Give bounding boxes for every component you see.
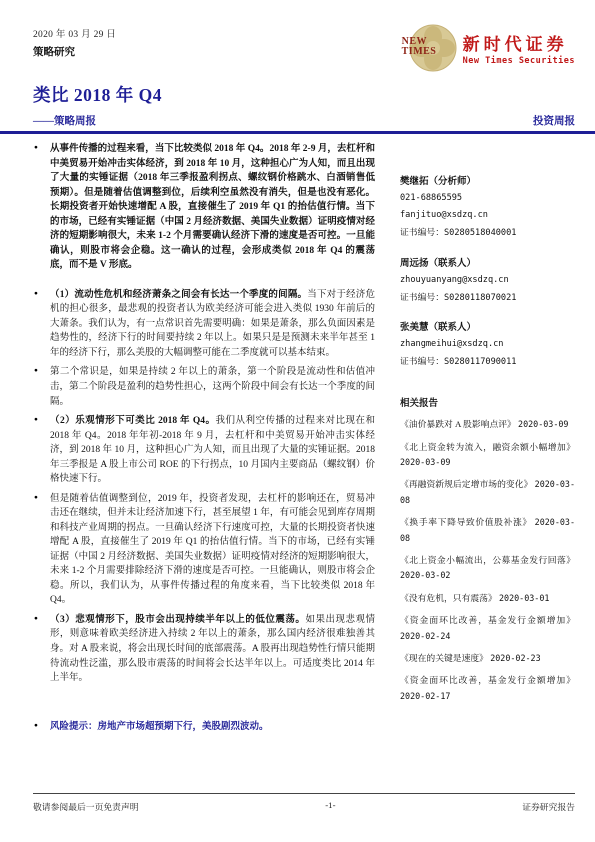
- contact-cert: 证书编号：S0280518040001: [400, 226, 575, 240]
- report-date: 2020 年 03 月 29 日: [33, 26, 116, 40]
- bullet-body-text: 但是随着估值调整到位，2019 年，投资者发现，去杠杆的影响还在，贸易冲击还在继…: [50, 494, 375, 606]
- related-report-link[interactable]: 《换手率下降导致价值股补涨》 2020-03-08: [400, 515, 575, 546]
- report-category: 策略研究: [33, 44, 116, 59]
- bullet-lead-text: （2）乐观情形下可类比 2018 年 Q4。: [50, 416, 216, 426]
- report-type-label: 投资周报: [533, 113, 575, 128]
- contact-cert: 证书编号：S0280118070021: [400, 291, 575, 305]
- report-body: 从事件传播的过程来看，当下比较类似 2018 年 Q4。2018 年 2-9 月…: [0, 134, 595, 739]
- bullet-lead-text: 从事件传播的过程来看，当下比较类似 2018 年 Q4。2018 年 2-9 月…: [50, 144, 375, 270]
- related-reports-heading: 相关报告: [400, 395, 575, 409]
- bullet-body-text: 第二个常识是，如果是持续 2 年以上的萧条，第一个阶段是流动性和估值冲击，第二个…: [50, 367, 375, 406]
- brand-text: 新时代证券 New Times Securities: [463, 30, 575, 66]
- bullet-paragraph: （1）流动性危机和经济萧条之间会有长达一个季度的间隔。当下对于经济危机的担心很多…: [33, 288, 375, 361]
- related-report-link[interactable]: 《资金面环比改善，基金发行金额增加》 2020-02-24: [400, 613, 575, 644]
- company-logo: NEWTIMES 新时代证券 New Times Securities: [409, 24, 575, 72]
- contact-cert: 证书编号：S0280117090011: [400, 355, 575, 369]
- related-report-link[interactable]: 《再融资新规后定增市场的变化》 2020-03-08: [400, 477, 575, 508]
- report-subtitle: ——策略周报: [33, 113, 96, 128]
- contact-name: 周远扬（联系人）: [400, 255, 575, 269]
- report-header: 2020 年 03 月 29 日 策略研究 NEWTIMES: [0, 0, 595, 134]
- related-report-link[interactable]: 《现在的关键是速度》 2020-02-23: [400, 651, 575, 666]
- contact-name: 张美慧（联系人）: [400, 319, 575, 333]
- brand-name-en: New Times Securities: [463, 56, 575, 66]
- page-footer: 敬请参阅最后一页免责声明 -1- 证券研究报告: [33, 793, 575, 813]
- contact-card: 樊继拓（分析师） 021-68865595 fanjituo@xsdzq.cn …: [400, 173, 575, 240]
- brand-name-cn: 新时代证券: [463, 30, 575, 55]
- contact-card: 周远扬（联系人） zhouyuanyang@xsdzq.cn 证书编号：S028…: [400, 255, 575, 305]
- summary-column: 从事件传播的过程来看，当下比较类似 2018 年 Q4。2018 年 2-9 月…: [33, 140, 375, 739]
- report-page: 2020 年 03 月 29 日 策略研究 NEWTIMES: [0, 0, 595, 842]
- contact-email[interactable]: fanjituo@xsdzq.cn: [400, 209, 575, 222]
- bullet-body-text: 当下对于经济危机的担心很多，最悲观的投资者认为欧美经济可能会进入类似 1930 …: [50, 290, 375, 358]
- related-report-link[interactable]: 《没有危机，只有震荡》 2020-03-01: [400, 591, 575, 606]
- footer-report-type: 证券研究报告: [522, 800, 575, 813]
- bullet-paragraph: （2）乐观情形下可类比 2018 年 Q4。我们从利空传播的过程来对比现在和 2…: [33, 414, 375, 487]
- contact-email[interactable]: zhangmeihui@xsdzq.cn: [400, 338, 575, 351]
- bullet-paragraph: 第二个常识是，如果是持续 2 年以上的萧条，第一个阶段是流动性和估值冲击，第二个…: [33, 365, 375, 409]
- bullet-paragraph: 风险提示：房地产市场超预期下行，美股剧烈波动。: [33, 720, 375, 735]
- newtimes-badge-icon: NEWTIMES: [409, 24, 457, 72]
- bullet-lead-text: （1）流动性危机和经济萧条之间会有长达一个季度的间隔。: [50, 290, 307, 300]
- contact-phone: 021-68865595: [400, 192, 575, 205]
- related-report-link[interactable]: 《资金面环比改善，基金发行金额增加》 2020-02-17: [400, 673, 575, 704]
- bullet-lead-text: （3）悲观情形下，股市会出现持续半年以上的低位震荡。: [50, 615, 305, 625]
- footer-disclaimer: 敬请参阅最后一页免责声明: [33, 800, 139, 813]
- related-report-link[interactable]: 《北上资金小幅流出，公募基金发行回落》 2020-03-02: [400, 553, 575, 584]
- contact-card: 张美慧（联系人） zhangmeihui@xsdzq.cn 证书编号：S0280…: [400, 319, 575, 369]
- badge-text: NEWTIMES: [402, 37, 437, 57]
- contact-name: 樊继拓（分析师）: [400, 173, 575, 187]
- bullet-paragraph: （3）悲观情形下，股市会出现持续半年以上的低位震荡。如果出现悲观情形，则意味着欧…: [33, 613, 375, 686]
- bullet-body-text: 如果出现悲观情形，则意味着欧美经济进入持续 2 年以上的萧条，那么国内经济很难独…: [50, 615, 375, 683]
- contact-email[interactable]: zhouyuanyang@xsdzq.cn: [400, 274, 575, 287]
- bullet-paragraph: 但是随着估值调整到位，2019 年，投资者发现，去杠杆的影响还在，贸易冲击还在继…: [33, 492, 375, 608]
- report-meta: 2020 年 03 月 29 日 策略研究: [33, 26, 116, 59]
- related-report-link[interactable]: 《北上资金转为流入，融资余额小幅增加》 2020-03-09: [400, 440, 575, 471]
- bullet-body-text: 我们从利空传播的过程来对比现在和 2018 年 Q4。2018 年年初-2018…: [50, 416, 375, 484]
- footer-page-number: -1-: [325, 800, 335, 813]
- bullet-paragraph: 从事件传播的过程来看，当下比较类似 2018 年 Q4。2018 年 2-9 月…: [33, 142, 375, 273]
- related-report-link[interactable]: 《油价暴跌对 A 股影响点评》 2020-03-09: [400, 417, 575, 432]
- bullet-lead-text: 风险提示：房地产市场超预期下行，美股剧烈波动。: [50, 722, 269, 732]
- page-title: 类比 2018 年 Q4: [33, 82, 575, 107]
- analyst-sidebar: 樊继拓（分析师） 021-68865595 fanjituo@xsdzq.cn …: [375, 140, 575, 739]
- related-reports-list: 《油价暴跌对 A 股影响点评》 2020-03-09 《北上资金转为流入，融资余…: [400, 417, 575, 704]
